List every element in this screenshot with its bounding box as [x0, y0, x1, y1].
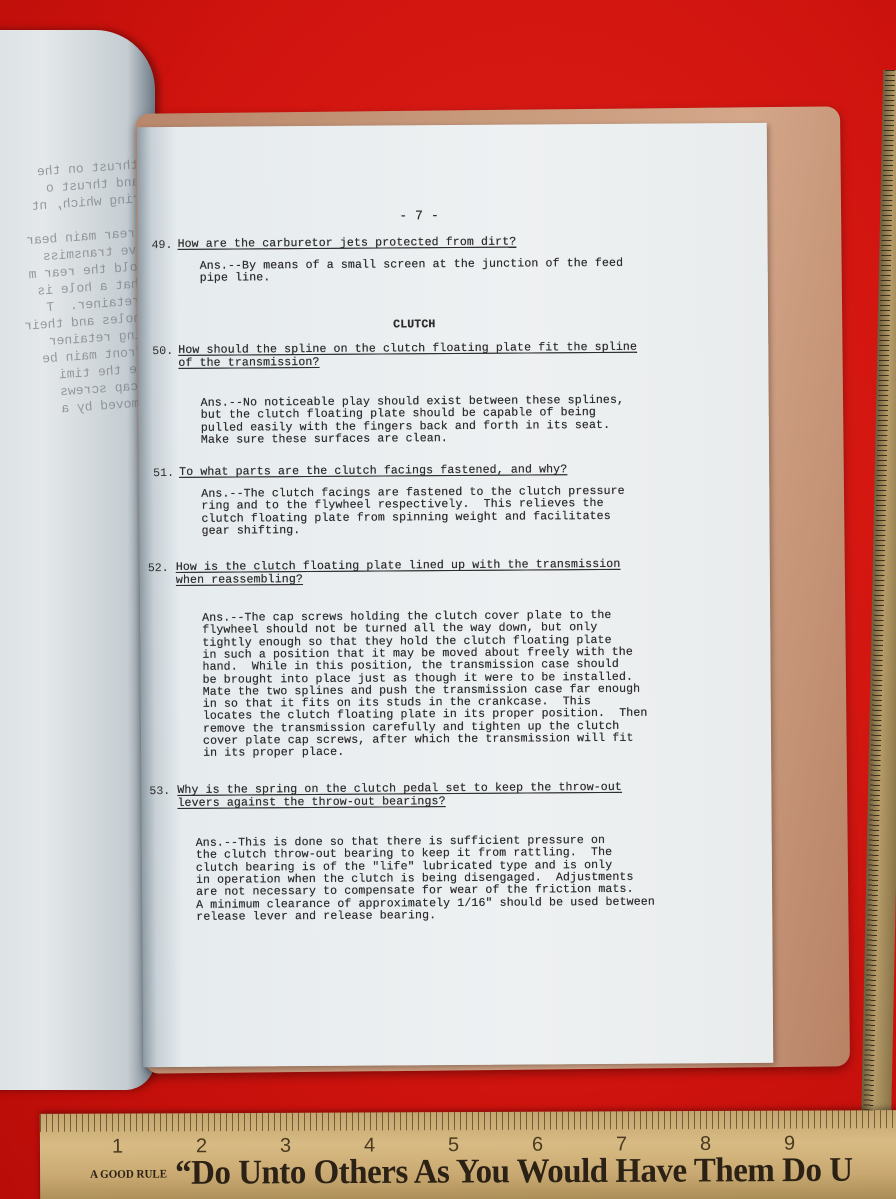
document-page: - 7 - 49.How are the carburetor jets pro… — [137, 123, 774, 1067]
question-number: 52. — [148, 562, 169, 575]
answer-text: in its proper place. — [203, 747, 344, 760]
question-number: 51. — [153, 467, 174, 480]
question-text: How is the clutch floating plate lined u… — [176, 559, 621, 574]
ruler-motto-text: “Do Unto Others As You Would Have Them D… — [175, 1151, 853, 1192]
section-heading: CLUTCH — [393, 319, 435, 331]
answer-text: release lever and release bearing. — [196, 910, 436, 924]
answer-text: clutch floating plate from spinning weig… — [201, 511, 610, 526]
left-page-mirrored-text: nd thrust on the ll and thrust o bearing… — [1, 155, 155, 421]
question-text: To what parts are the clutch facings fas… — [179, 464, 567, 479]
bottom-ruler: 123456789 A GOOD RULE“Do Unto Others As … — [40, 1110, 896, 1199]
question-number: 49. — [152, 239, 173, 252]
answer-text: pipe line. — [200, 273, 271, 286]
answer-text: Make sure these surfaces are clean. — [201, 433, 448, 447]
answer-text: gear shifting. — [202, 525, 301, 538]
question-number: 50. — [152, 345, 173, 358]
ruler-brand: A GOOD RULE — [90, 1168, 167, 1181]
question-text: How should the spline on the clutch floa… — [178, 342, 637, 357]
ruler-ticks — [40, 1110, 896, 1132]
ruler-motto: A GOOD RULE“Do Unto Others As You Would … — [90, 1151, 853, 1193]
question-number: 53. — [149, 785, 170, 798]
question-text: of the transmission? — [178, 357, 319, 370]
question-text: when reassembling? — [176, 574, 303, 587]
left-page-curled: nd thrust on the ll and thrust o bearing… — [0, 30, 155, 1090]
page-number: - 7 - — [399, 210, 439, 222]
question-text: How are the carburetor jets protected fr… — [178, 237, 517, 252]
question-text: levers against the throw-out bearings? — [177, 796, 445, 810]
